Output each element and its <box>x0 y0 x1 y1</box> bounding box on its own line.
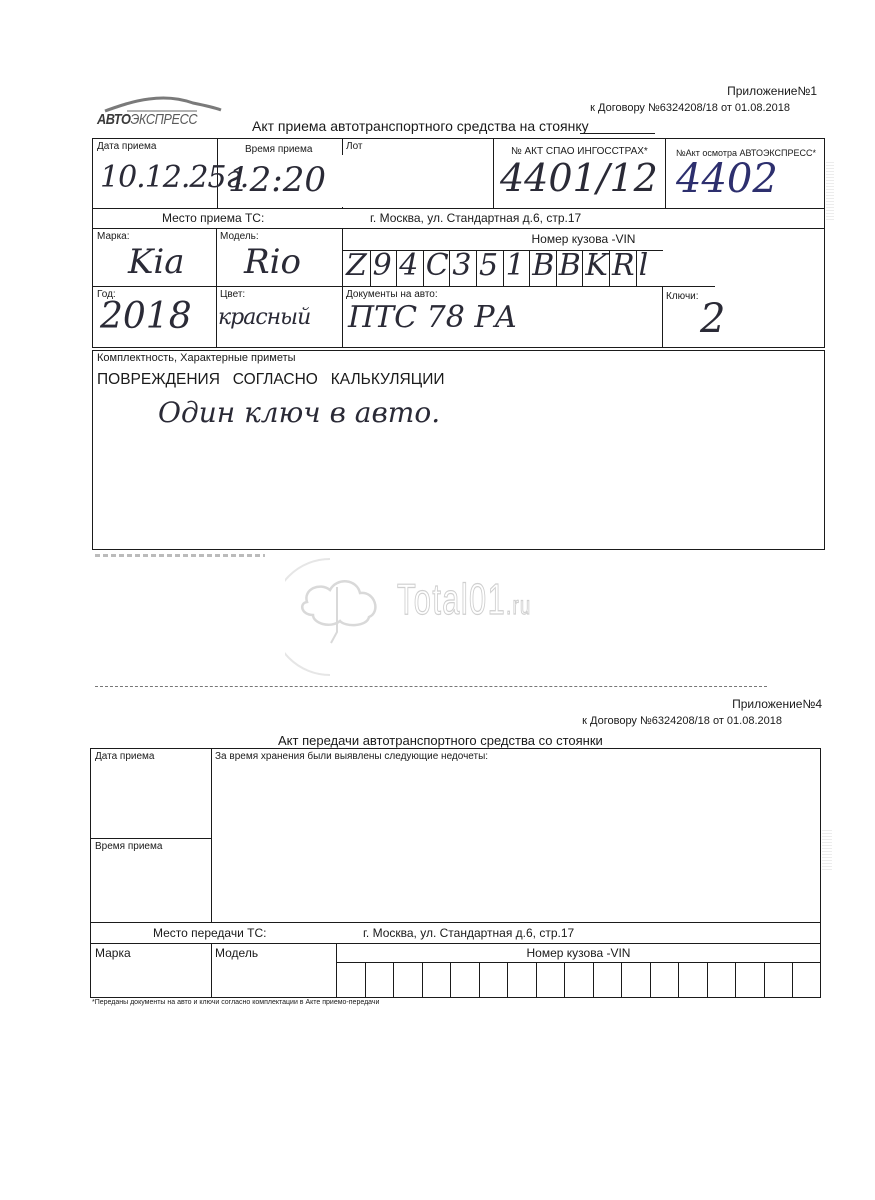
transfer-time-label: Время приема <box>95 841 162 852</box>
vin-char: 1 <box>506 248 525 283</box>
vin-char: K <box>585 248 607 283</box>
defects-label: За время хранения были выявлены следующи… <box>215 751 488 762</box>
keys-label: Ключи: <box>666 291 699 302</box>
vin-char: 3 <box>452 248 471 283</box>
autoexpress-act-value: 4402 <box>676 156 778 202</box>
transfer-place-label: Место передачи ТС: <box>153 926 266 940</box>
model-label: Модель: <box>220 231 259 242</box>
color-label: Цвет: <box>220 289 245 300</box>
transfer-act-title: Акт передачи автотранспортного средства … <box>278 733 603 748</box>
place-value: г. Москва, ул. Стандартная д.6, стр.17 <box>370 211 581 225</box>
contract-reference: к Договору №6324208/18 от 01.08.2018 <box>520 102 790 114</box>
vin-char: Z <box>346 248 367 283</box>
logo-bold: АВТО <box>97 111 130 128</box>
vin-char: R <box>612 248 635 283</box>
lot-value <box>342 155 492 207</box>
transfer-date-label: Дата приема <box>95 751 154 762</box>
time-value: 12:20 <box>228 160 326 200</box>
date-value: 10.12.25г. <box>100 160 248 195</box>
appendix-label: Приложение№1 <box>560 84 817 98</box>
vin-char: B <box>532 248 554 283</box>
lot-label: Лот <box>346 141 362 152</box>
cut-line <box>95 686 767 687</box>
transfer-footnote: *Переданы документы на авто и ключи согл… <box>92 999 379 1006</box>
contract-reference-4: к Договору №6324208/18 от 01.08.2018 <box>520 715 782 727</box>
handwritten-note: Один ключ в авто. <box>158 396 440 429</box>
defects-field[interactable] <box>212 766 817 918</box>
vin-char: 9 <box>373 248 392 283</box>
place-label: Место приема ТС: <box>162 211 264 225</box>
keys-value: 2 <box>700 296 725 342</box>
vin-char: C <box>426 248 449 283</box>
vin-char: l <box>639 248 649 283</box>
vin-char: B <box>559 248 581 283</box>
vin-char: 4 <box>399 248 418 283</box>
watermark: Total01.ru <box>285 557 605 687</box>
ingos-act-value: 4401/12 <box>500 156 658 200</box>
autoexpress-logo: АВТОЭКСПРЕСС <box>97 94 227 132</box>
receipt-act-title: Акт приема автотранспортного средства на… <box>252 118 589 134</box>
year-value: 2018 <box>100 296 192 337</box>
transfer-brand-label: Марка <box>95 946 131 960</box>
logo-light: ЭКСПРЕСС <box>130 111 197 128</box>
scan-artifact <box>822 830 832 870</box>
transfer-place-value: г. Москва, ул. Стандартная д.6, стр.17 <box>363 926 574 940</box>
transfer-model-label: Модель <box>215 946 258 960</box>
documents-label: Документы на авто: <box>346 289 438 300</box>
vin-char: 5 <box>479 248 498 283</box>
date-label: Дата приема <box>97 141 156 152</box>
transfer-vin-label: Номер кузова -VIN <box>336 946 821 960</box>
watermark-logo-icon <box>285 557 395 677</box>
color-value: красный <box>218 305 310 330</box>
vin-label: Номер кузова -VIN <box>342 232 825 246</box>
damage-note: ПОВРЕЖДЕНИЯ СОГЛАСНО КАЛЬКУЛЯЦИИ <box>97 371 444 389</box>
documents-value: ПТС 78 РА <box>348 300 517 335</box>
appendix-label-4: Приложение№4 <box>560 697 822 711</box>
completeness-label: Комплектность, Характерные приметы <box>97 352 296 364</box>
scan-artifact <box>826 160 834 220</box>
watermark-text: Total01 <box>397 575 506 624</box>
brand-value: Kia <box>128 242 185 282</box>
model-value: Rio <box>244 242 301 282</box>
time-label: Время приема <box>245 144 312 155</box>
brand-label: Марка: <box>97 231 130 242</box>
faded-footnote <box>95 554 265 557</box>
watermark-suffix: .ru <box>506 590 531 620</box>
